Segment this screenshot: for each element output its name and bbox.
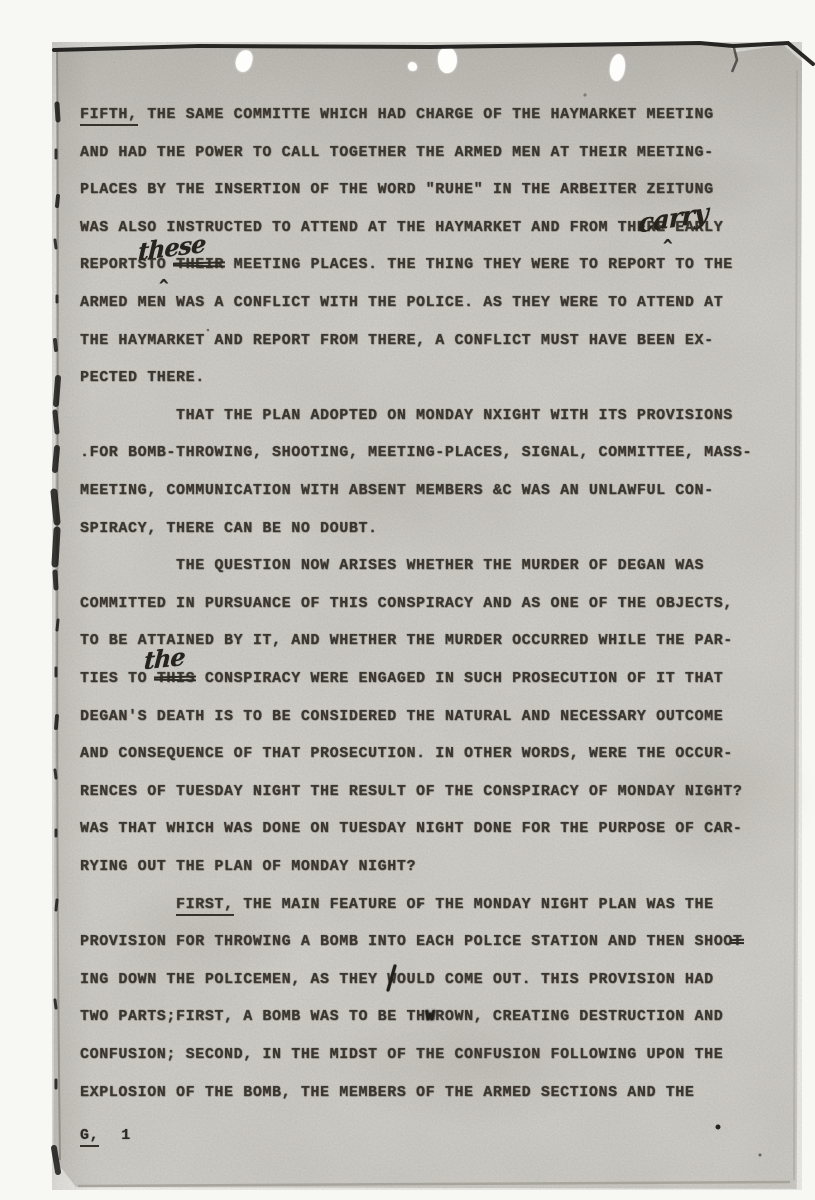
paper-hole — [408, 62, 417, 71]
footer-page-number: 1 — [121, 1127, 131, 1144]
footer-section-marker: G, — [80, 1127, 99, 1147]
paper-sheet — [52, 42, 802, 1190]
page-footer: G,1 — [80, 1127, 131, 1144]
document-page: FIFTH, THE SAME COMMITTE WHICH HAD CHARG… — [0, 0, 815, 1200]
